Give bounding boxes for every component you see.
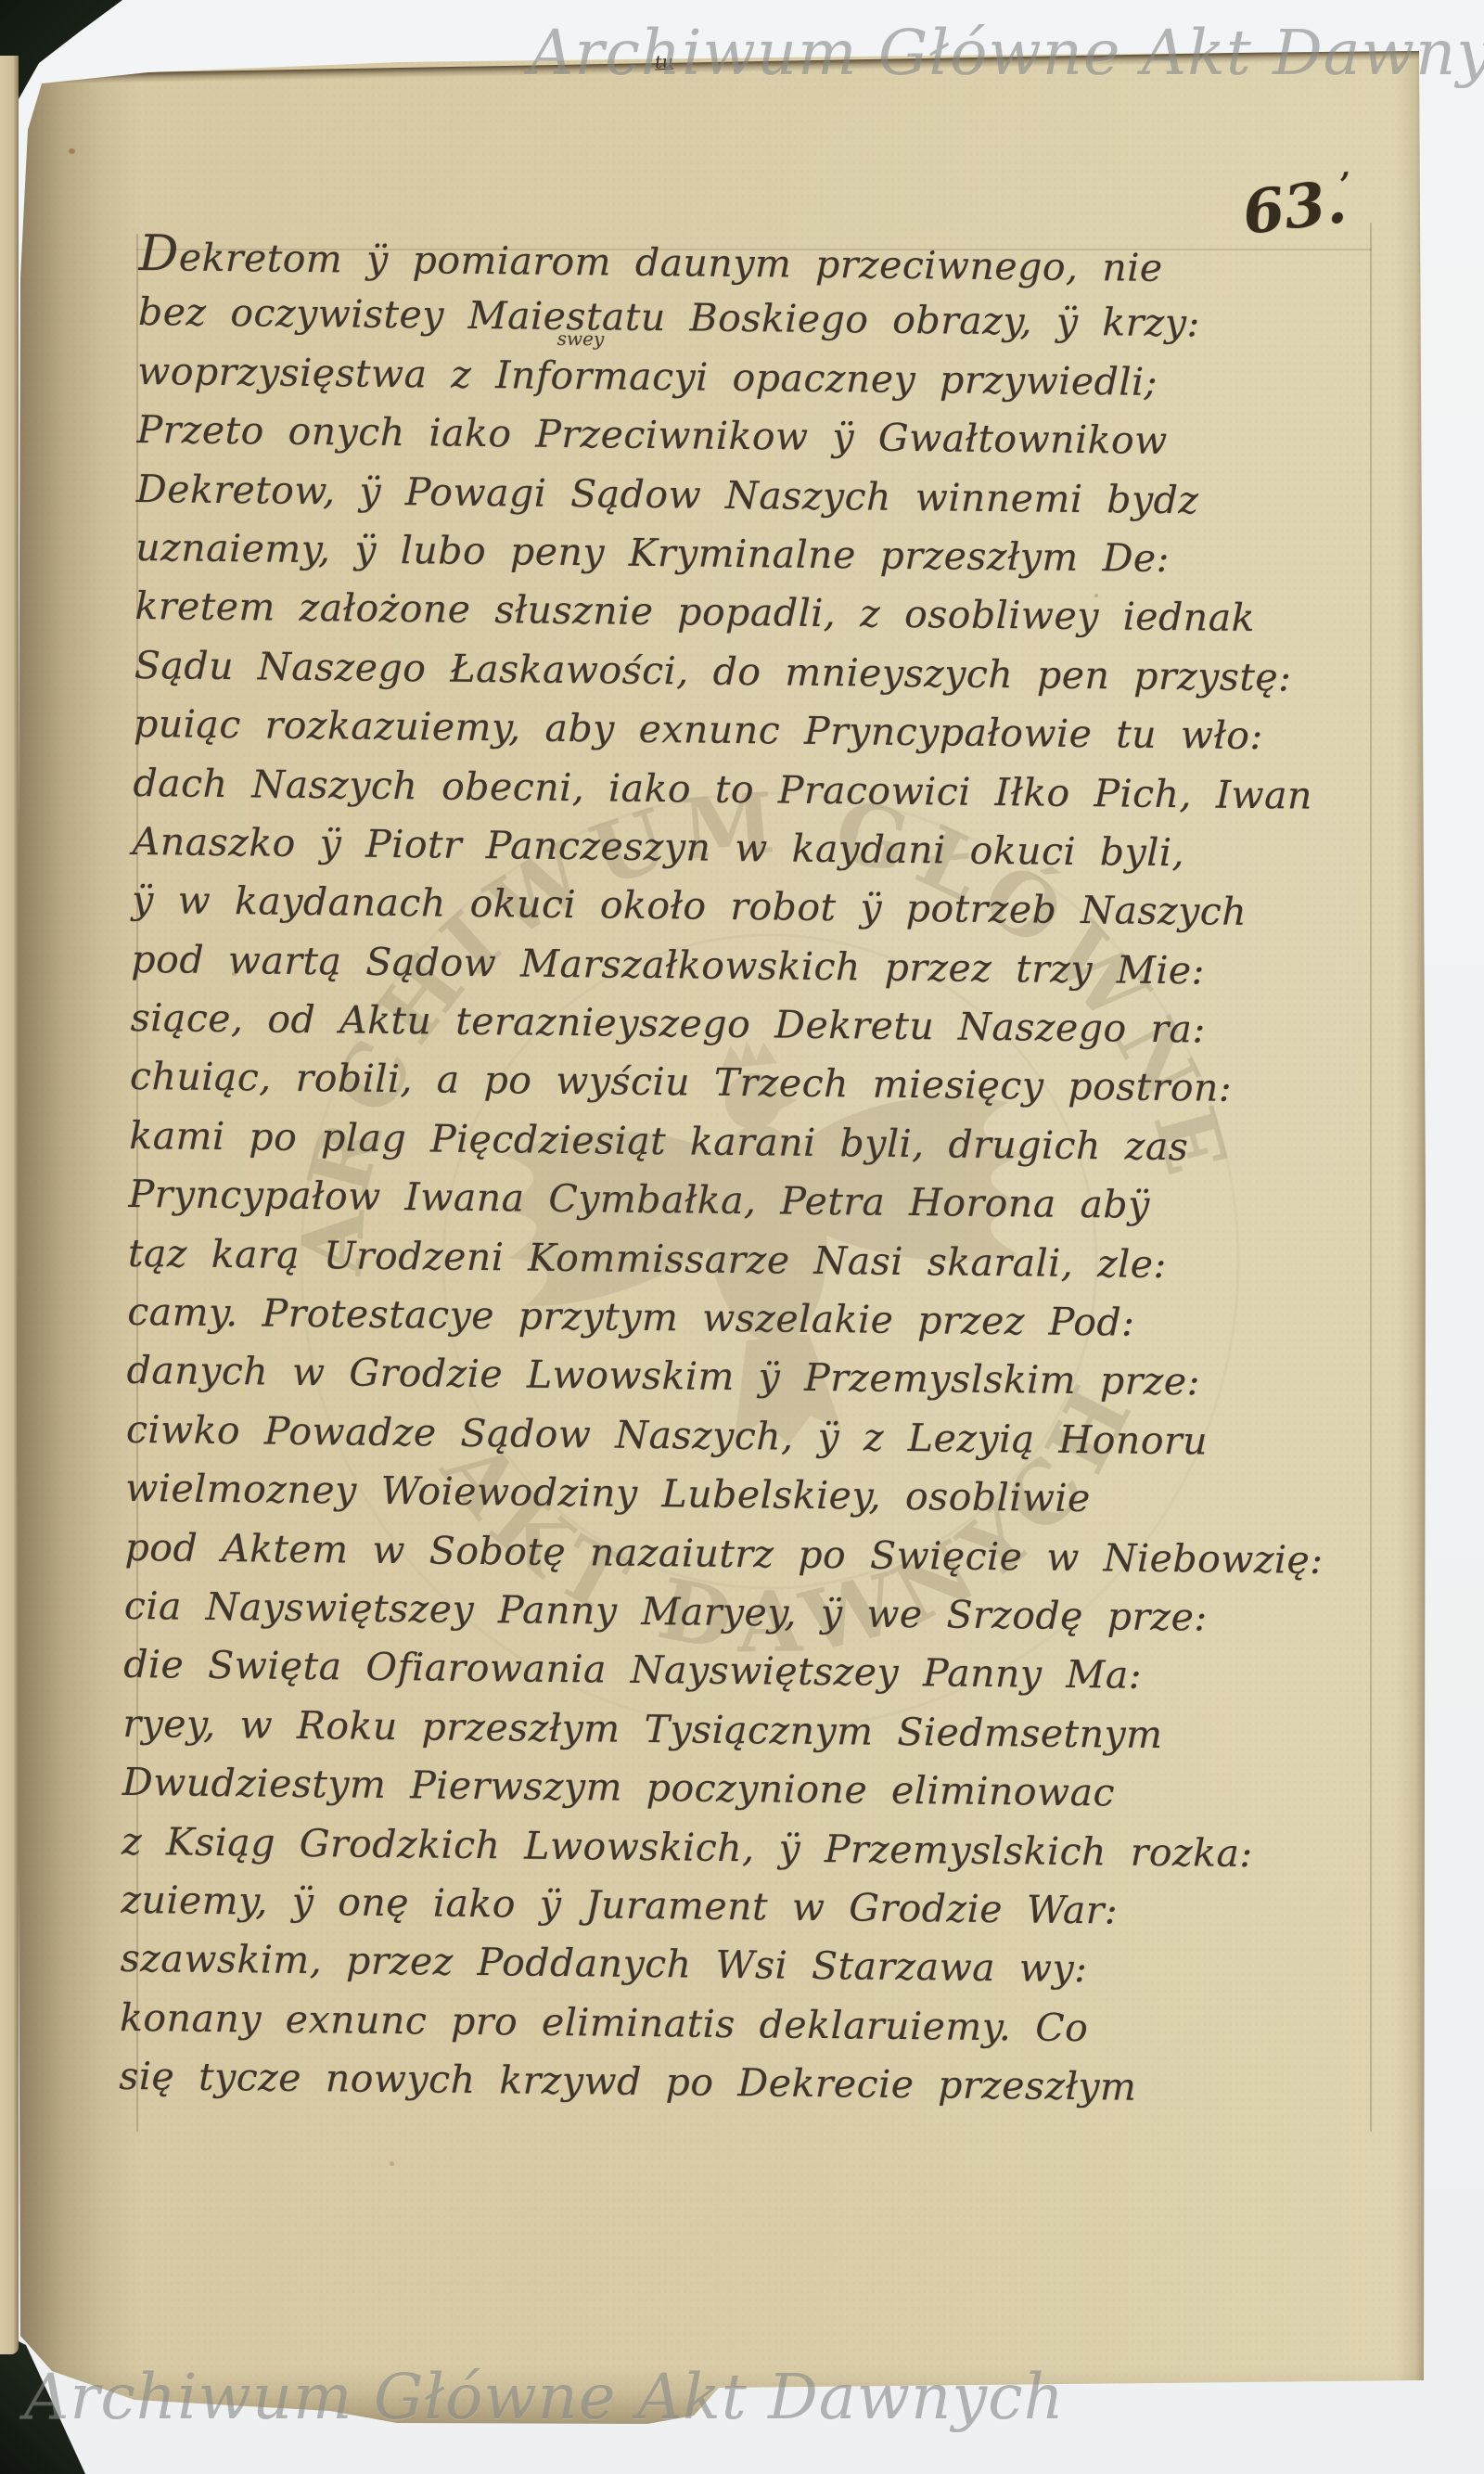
scanned-manuscript-page: { "scan": { "watermark_top": "Archiwum G… <box>0 0 1484 2474</box>
previous-page-edge <box>0 56 19 2354</box>
manuscript-lines: Dekretom ÿ pomiarom daunym przeciwnego, … <box>119 226 1378 2121</box>
interlinear-note: swey <box>557 327 605 351</box>
page-number-value: 63. <box>1239 167 1350 249</box>
archive-watermark-top: Archiwum Główne Akt Dawnych <box>529 17 1484 89</box>
manuscript-text-block: Dekretom ÿ pomiarom daunym przeciwnego, … <box>119 226 1378 2121</box>
foxing-spot <box>390 2161 394 2166</box>
page-number: 63.ʼ <box>1239 166 1357 249</box>
foxing-spot <box>69 148 75 154</box>
archive-watermark-bottom: Archiwum Główne Akt Dawnych <box>24 2361 1065 2433</box>
